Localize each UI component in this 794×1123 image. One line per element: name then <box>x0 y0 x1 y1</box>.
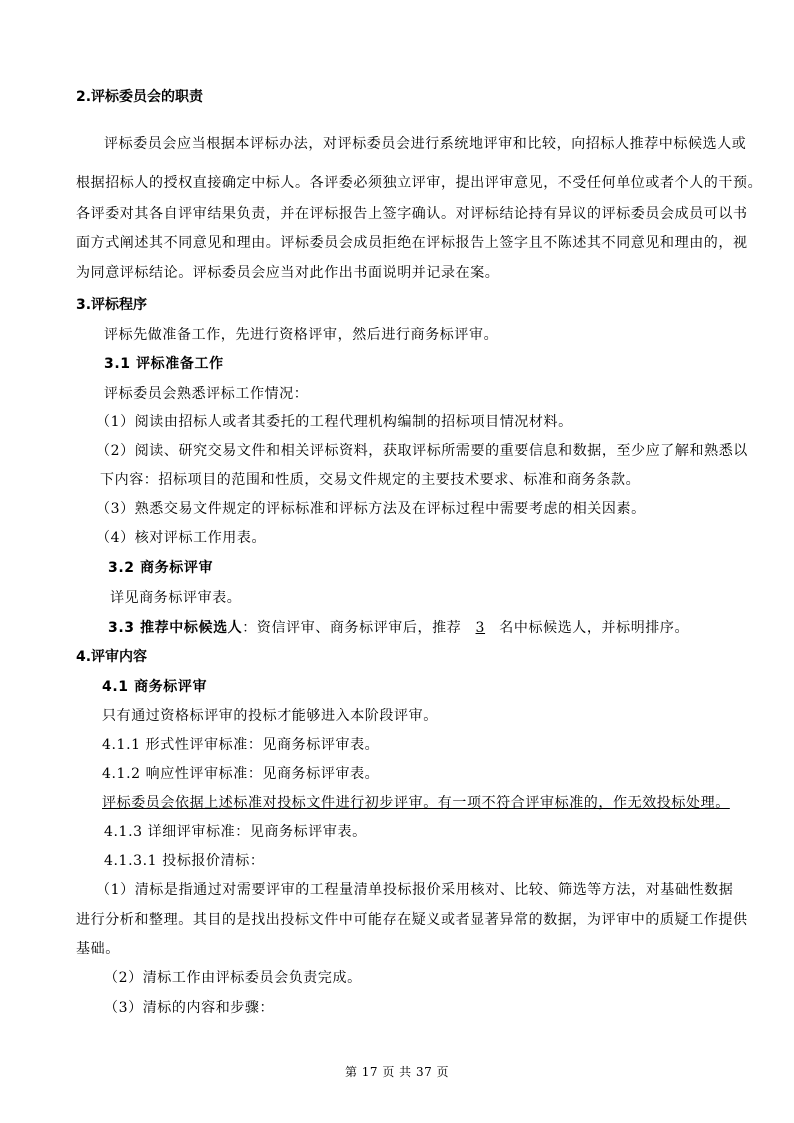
list-item: （3）熟悉交易文件规定的评标标准和评标方法及在评标过程中需要考虑的相关因素。 <box>96 500 646 518</box>
colon: ： <box>242 620 257 636</box>
clearing-item: （1）清标是指通过对需要评审的工程量清单投标报价采用核对、比较、筛选等方法，对基… <box>96 881 733 899</box>
clearing-item-continuation: 基础。 <box>76 940 120 958</box>
subsection-text: 详见商务标评审表。 <box>110 589 241 607</box>
criteria-responsive: 4.1.2 响应性评审标准：见商务标评审表。 <box>102 765 379 783</box>
paragraph-line: 为同意评标结论。评标委员会应当对此作出书面说明并记录在案。 <box>76 264 499 282</box>
section-intro: 评标先做准备工作，先进行资格评审，然后进行商务标评审。 <box>104 326 498 344</box>
subsection-heading-4-1: 4.1 商务标评审 <box>102 678 207 696</box>
section-heading-2: 2.评标委员会的职责 <box>76 88 203 106</box>
paragraph-line: 评标委员会应当根据本评标办法，对评标委员会进行系统地评审和比较，向招标人推荐中标… <box>104 135 746 153</box>
clearing-item: （2）清标工作由评标委员会负责完成。 <box>104 969 362 987</box>
paragraph-line: 根据招标人的授权直接确定中标人。各评委必须独立评审，提出评审意见，不受任何单位或… <box>76 174 762 192</box>
subsection-intro: 评标委员会熟悉评标工作情况： <box>104 385 308 403</box>
recommend-candidates-line: 3.3 推荐中标候选人：资信评审、商务标评审后，推荐3名中标候选人，并标明排序。 <box>108 619 689 637</box>
clearing-item-continuation: 进行分析和整理。其目的是找出投标文件中可能存在疑义或者显著异常的数据，为评审中的… <box>76 911 748 929</box>
list-item: （2）阅读、研究交易文件和相关评标资料，获取评标所需要的重要信息和数据，至少应了… <box>96 442 748 460</box>
list-item: （4）核对评标工作用表。 <box>96 529 266 547</box>
subsection-intro: 只有通过资格标评审的投标才能够进入本阶段评审。 <box>102 707 438 725</box>
section-heading-4: 4.评审内容 <box>76 648 147 666</box>
subsection-heading-3-3: 3.3 推荐中标候选人 <box>108 620 242 636</box>
criteria-formal: 4.1.1 形式性评审标准：见商务标评审表。 <box>102 736 379 754</box>
list-item-continuation: 下内容：招标项目的范围和性质，交易文件规定的主要技术要求、标准和商务条款。 <box>100 471 640 489</box>
paragraph-line: 面方式阐述其不同意见和理由。评标委员会成员拒绝在评标报告上签字且不陈述其不同意见… <box>76 234 748 252</box>
paragraph-line: 各评委对其各自评审结果负责，并在评标报告上签字确认。对评标结论持有异议的评标委员… <box>76 205 748 223</box>
text-before-count: 资信评审、商务标评审后，推荐 <box>257 620 461 636</box>
page-number-footer: 第 17 页 共 37 页 <box>0 1063 794 1080</box>
text-after-count: 名中标候选人，并标明排序。 <box>499 620 689 636</box>
candidate-count-blank: 3 <box>461 619 499 637</box>
list-item: （1）阅读由招标人或者其委托的工程代理机构编制的招标项目情况材料。 <box>96 413 573 431</box>
clearing-heading: 4.1.3.1 投标报价清标： <box>104 852 264 870</box>
subsection-heading-3-1: 3.1 评标准备工作 <box>104 355 224 373</box>
underlined-note: 评标委员会依据上述标准对投标文件进行初步评审。有一项不符合评审标准的，作无效投标… <box>102 794 730 812</box>
criteria-detailed: 4.1.3 详细评审标准：见商务标评审表。 <box>104 823 367 841</box>
subsection-heading-3-2: 3.2 商务标评审 <box>108 559 213 577</box>
section-heading-3: 3.评标程序 <box>76 296 147 314</box>
clearing-item: （3）清标的内容和步骤： <box>104 999 274 1017</box>
